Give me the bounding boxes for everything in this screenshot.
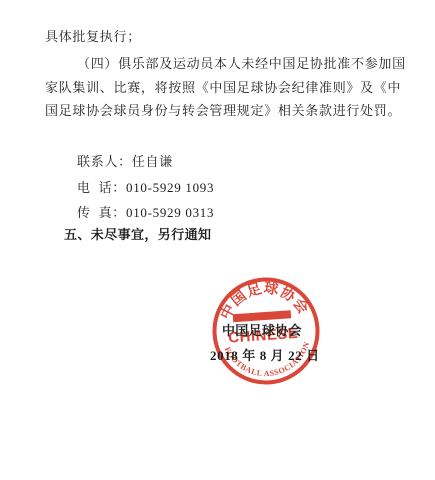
body-text-line: 家队集训、比赛，将按照《中国足球协会纪律准则》及《中	[45, 79, 401, 96]
contact-phone-line: 电 话：010-5929 1093	[77, 179, 214, 196]
closing-line: 五、未尽事宜，另行通知	[64, 226, 211, 243]
signature-date: 2018 年 8 月 22 日	[210, 347, 320, 364]
signature-org-name: 中国足球协会	[222, 322, 302, 339]
contact-person-line: 联系人：任自谦	[77, 153, 173, 170]
scanned-letter-page: 具体批复执行； （四）俱乐部及运动员本人未经中国足协批准不参加国 家队集训、比赛…	[0, 0, 435, 480]
seal-center-bar	[233, 310, 291, 322]
contact-fax-line: 传 真：010-5929 0313	[77, 204, 214, 221]
body-text-line: 具体批复执行；	[45, 28, 141, 45]
body-text-line: 国足球协会球员身份与转会管理规定》相关条款进行处罚。	[45, 102, 401, 119]
body-text-line: （四）俱乐部及运动员本人未经中国足协批准不参加国	[77, 55, 406, 72]
